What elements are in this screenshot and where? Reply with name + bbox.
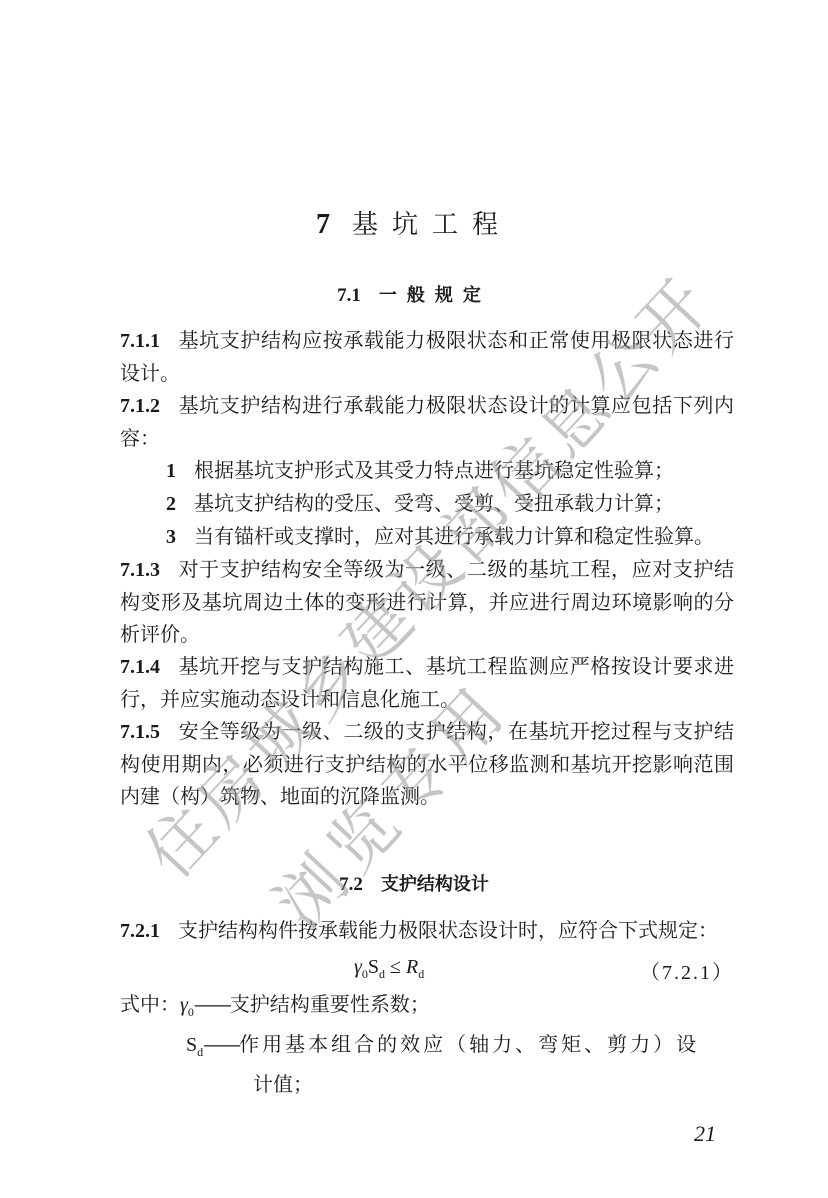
variable-definitions: 式中：γ0——支护结构重要性系数； Sd——作用基本组合的效应（轴力、弯矩、剪力… [120, 988, 734, 1100]
clause-text: 基坑开挖与支护结构施工、基坑工程监测应严格按设计要求进行，并应实施动态设计和信息… [120, 654, 734, 711]
definition-text: 计值； [253, 1072, 313, 1096]
subscript: d [418, 967, 424, 981]
clause-text: 安全等级为一级、二级的支护结构，在基坑开挖过程与支护结构使用期内，必须进行支护结… [120, 719, 734, 808]
section-heading-7-1: 7.1一般规定 [0, 281, 828, 307]
clause-7-1-4: 7.1.4基坑开挖与支护结构施工、基坑工程监测应严格按设计要求进行，并应实施动态… [120, 650, 734, 715]
chapter-title-text: 基坑工程 [352, 210, 512, 240]
equation-number: （7.2.1） [640, 956, 734, 985]
clause-7-1-1: 7.1.1基坑支护结构应按承载能力极限状态和正常使用极限状态进行设计。 [120, 324, 734, 389]
section-title-text: 支护结构设计 [381, 874, 489, 895]
clause-number: 7.1.2 [120, 395, 160, 417]
definition-text: 支护结构重要性系数； [230, 992, 430, 1016]
section-heading-7-2: 7.2支护结构设计 [0, 870, 828, 896]
clause-number: 7.1.4 [120, 656, 160, 678]
clause-number: 7.1.5 [120, 721, 160, 743]
clause-7-1-3: 7.1.3对于支护结构安全等级为一级、二级的基坑工程，应对支护结构变形及基坑周边… [120, 553, 734, 650]
page-number: 21 [694, 1121, 716, 1147]
where-lead: 式中： [120, 992, 180, 1016]
item-text: 根据基坑支护形式及其受力特点进行基坑稳定性验算； [194, 458, 674, 482]
clause-text: 支护结构构件按承载能力极限状态设计时，应符合下式规定： [178, 918, 718, 942]
symbol: Sd [186, 1034, 203, 1056]
symbol: γ0 [180, 994, 194, 1016]
formula-7-2-1: γ0Sd ≤ Rd （7.2.1） [120, 956, 734, 988]
clause-text: 对于支护结构安全等级为一级、二级的基坑工程，应对支护结构变形及基坑周边土体的变形… [120, 557, 734, 646]
symbol-s: S [186, 1034, 197, 1056]
operator-leq: ≤ [385, 956, 406, 978]
section-title-text: 一般规定 [379, 285, 491, 306]
definition-text: 作用基本组合的效应（轴力、弯矩、剪力）设 [239, 1032, 699, 1056]
clause-number: 7.1.1 [120, 330, 160, 352]
chapter-number: 7 [316, 209, 330, 240]
item-number: 3 [166, 526, 176, 548]
definition-s-continuation: 计值； [120, 1068, 734, 1100]
chapter-title: 7基坑工程 [0, 204, 828, 241]
clause-number: 7.1.3 [120, 559, 160, 581]
definition-gamma: 式中：γ0——支护结构重要性系数； [120, 988, 734, 1028]
section-number: 7.2 [339, 874, 363, 895]
em-dash: —— [194, 992, 230, 1016]
section-number: 7.1 [337, 285, 361, 306]
symbol-s: S [368, 956, 379, 978]
formula-expression: γ0Sd ≤ Rd [354, 956, 424, 982]
clause-text: 基坑支护结构应按承载能力极限状态和正常使用极限状态进行设计。 [120, 328, 734, 385]
clause-7-1-2: 7.1.2基坑支护结构进行承载能力极限状态设计的计算应包括下列内容： [120, 389, 734, 454]
section-7-2-body: 7.2.1支护结构构件按承载能力极限状态设计时，应符合下式规定： [120, 914, 734, 947]
symbol-r: R [406, 956, 418, 978]
clause-7-1-5: 7.1.5安全等级为一级、二级的支护结构，在基坑开挖过程与支护结构使用期内，必须… [120, 715, 734, 812]
list-item: 2基坑支护结构的受压、受弯、受剪、受扭承载力计算； [120, 487, 734, 520]
item-text: 基坑支护结构的受压、受弯、受剪、受扭承载力计算； [194, 491, 674, 515]
em-dash: —— [203, 1032, 239, 1056]
list-item: 3当有锚杆或支撑时，应对其进行承载力计算和稳定性验算。 [120, 520, 734, 553]
item-number: 2 [166, 493, 176, 515]
item-text: 当有锚杆或支撑时，应对其进行承载力计算和稳定性验算。 [194, 524, 714, 548]
symbol-gamma: γ [180, 994, 188, 1016]
document-page: 7基坑工程 7.1一般规定 7.1.1基坑支护结构应按承载能力极限状态和正常使用… [0, 0, 828, 1198]
clause-7-2-1: 7.2.1支护结构构件按承载能力极限状态设计时，应符合下式规定： [120, 914, 734, 947]
clause-number: 7.2.1 [120, 920, 160, 942]
symbol-gamma: γ [354, 956, 362, 978]
clause-text: 基坑支护结构进行承载能力极限状态设计的计算应包括下列内容： [120, 393, 734, 450]
definition-s: Sd——作用基本组合的效应（轴力、弯矩、剪力）设 [120, 1028, 734, 1068]
list-item: 1根据基坑支护形式及其受力特点进行基坑稳定性验算； [120, 454, 734, 487]
section-7-1-body: 7.1.1基坑支护结构应按承载能力极限状态和正常使用极限状态进行设计。 7.1.… [120, 324, 734, 812]
item-number: 1 [166, 460, 176, 482]
